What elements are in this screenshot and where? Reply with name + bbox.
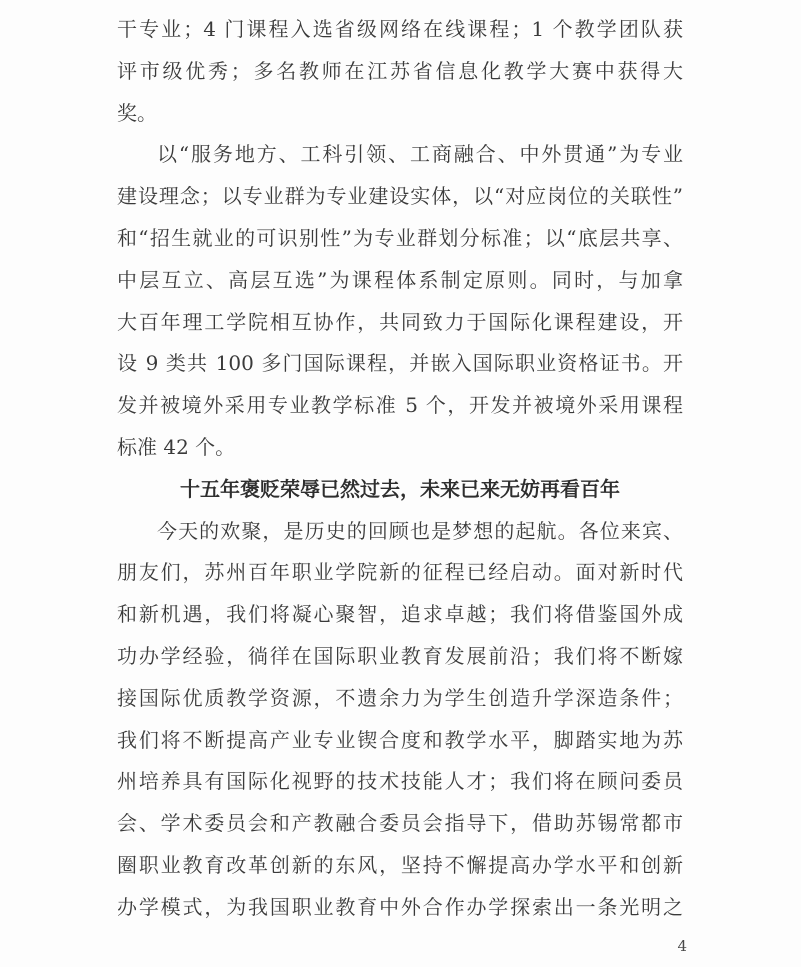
text-line: 大百年理工学院相互协作，共同致力于国际化课程建设，开 <box>117 302 683 344</box>
body-paragraph: 今天的欢聚，是历史的回顾也是梦想的起航。各位来宾、朋友们，苏州百年职业学院新的征… <box>117 511 683 929</box>
text-line: 和新机遇，我们将凝心聚智，追求卓越；我们将借鉴国外成 <box>117 594 683 636</box>
text-line: 圈职业教育改革创新的东风，坚持不懈提高办学水平和创新 <box>117 845 683 887</box>
text-line: 奖。 <box>117 93 683 135</box>
page-number: 4 <box>677 936 687 956</box>
document-body: 干专业；4 门课程入选省级网络在线课程；1 个教学团队获评市级优秀；多名教师在江… <box>117 9 683 929</box>
text-line: 评市级优秀；多名教师在江苏省信息化教学大赛中获得大 <box>117 51 683 93</box>
heading-line: 十五年褒贬荣辱已然过去，未来已来无妨再看百年 <box>117 469 683 511</box>
text-line: 设 9 类共 100 多门国际课程，并嵌入国际职业资格证书。开 <box>117 343 683 385</box>
text-line: 接国际优质教学资源，不遗余力为学生创造升学深造条件； <box>117 678 683 720</box>
text-line: 朋友们，苏州百年职业学院新的征程已经启动。面对新时代 <box>117 552 683 594</box>
text-line: 中层互立、高层互选”为课程体系制定原则。同时，与加拿 <box>117 260 683 302</box>
text-line: 发并被境外采用专业教学标准 5 个，开发并被境外采用课程 <box>117 385 683 427</box>
document-page: 干专业；4 门课程入选省级网络在线课程；1 个教学团队获评市级优秀；多名教师在江… <box>0 0 801 967</box>
text-line: 我们将不断提高产业专业锲合度和教学水平，脚踏实地为苏 <box>117 720 683 762</box>
text-line: 会、学术委员会和产教融合委员会指导下，借助苏锡常都市 <box>117 803 683 845</box>
text-line: 建设理念；以专业群为专业建设实体，以“对应岗位的关联性” <box>117 176 683 218</box>
text-line: 办学模式，为我国职业教育中外合作办学探索出一条光明之 <box>117 887 683 929</box>
text-line: 标准 42 个。 <box>117 427 683 469</box>
text-line: 以“服务地方、工科引领、工商融合、中外贯通”为专业 <box>117 134 683 176</box>
text-line: 今天的欢聚，是历史的回顾也是梦想的起航。各位来宾、 <box>117 511 683 553</box>
text-line: 干专业；4 门课程入选省级网络在线课程；1 个教学团队获 <box>117 9 683 51</box>
text-line: 州培养具有国际化视野的技术技能人才；我们将在顾问委员 <box>117 761 683 803</box>
text-line: 和“招生就业的可识别性”为专业群划分标准；以“底层共享、 <box>117 218 683 260</box>
text-line: 功办学经验，徜徉在国际职业教育发展前沿；我们将不断嫁 <box>117 636 683 678</box>
section-heading: 十五年褒贬荣辱已然过去，未来已来无妨再看百年 <box>117 469 683 511</box>
body-paragraph: 以“服务地方、工科引领、工商融合、中外贯通”为专业建设理念；以专业群为专业建设实… <box>117 134 683 468</box>
body-paragraph: 干专业；4 门课程入选省级网络在线课程；1 个教学团队获评市级优秀；多名教师在江… <box>117 9 683 134</box>
